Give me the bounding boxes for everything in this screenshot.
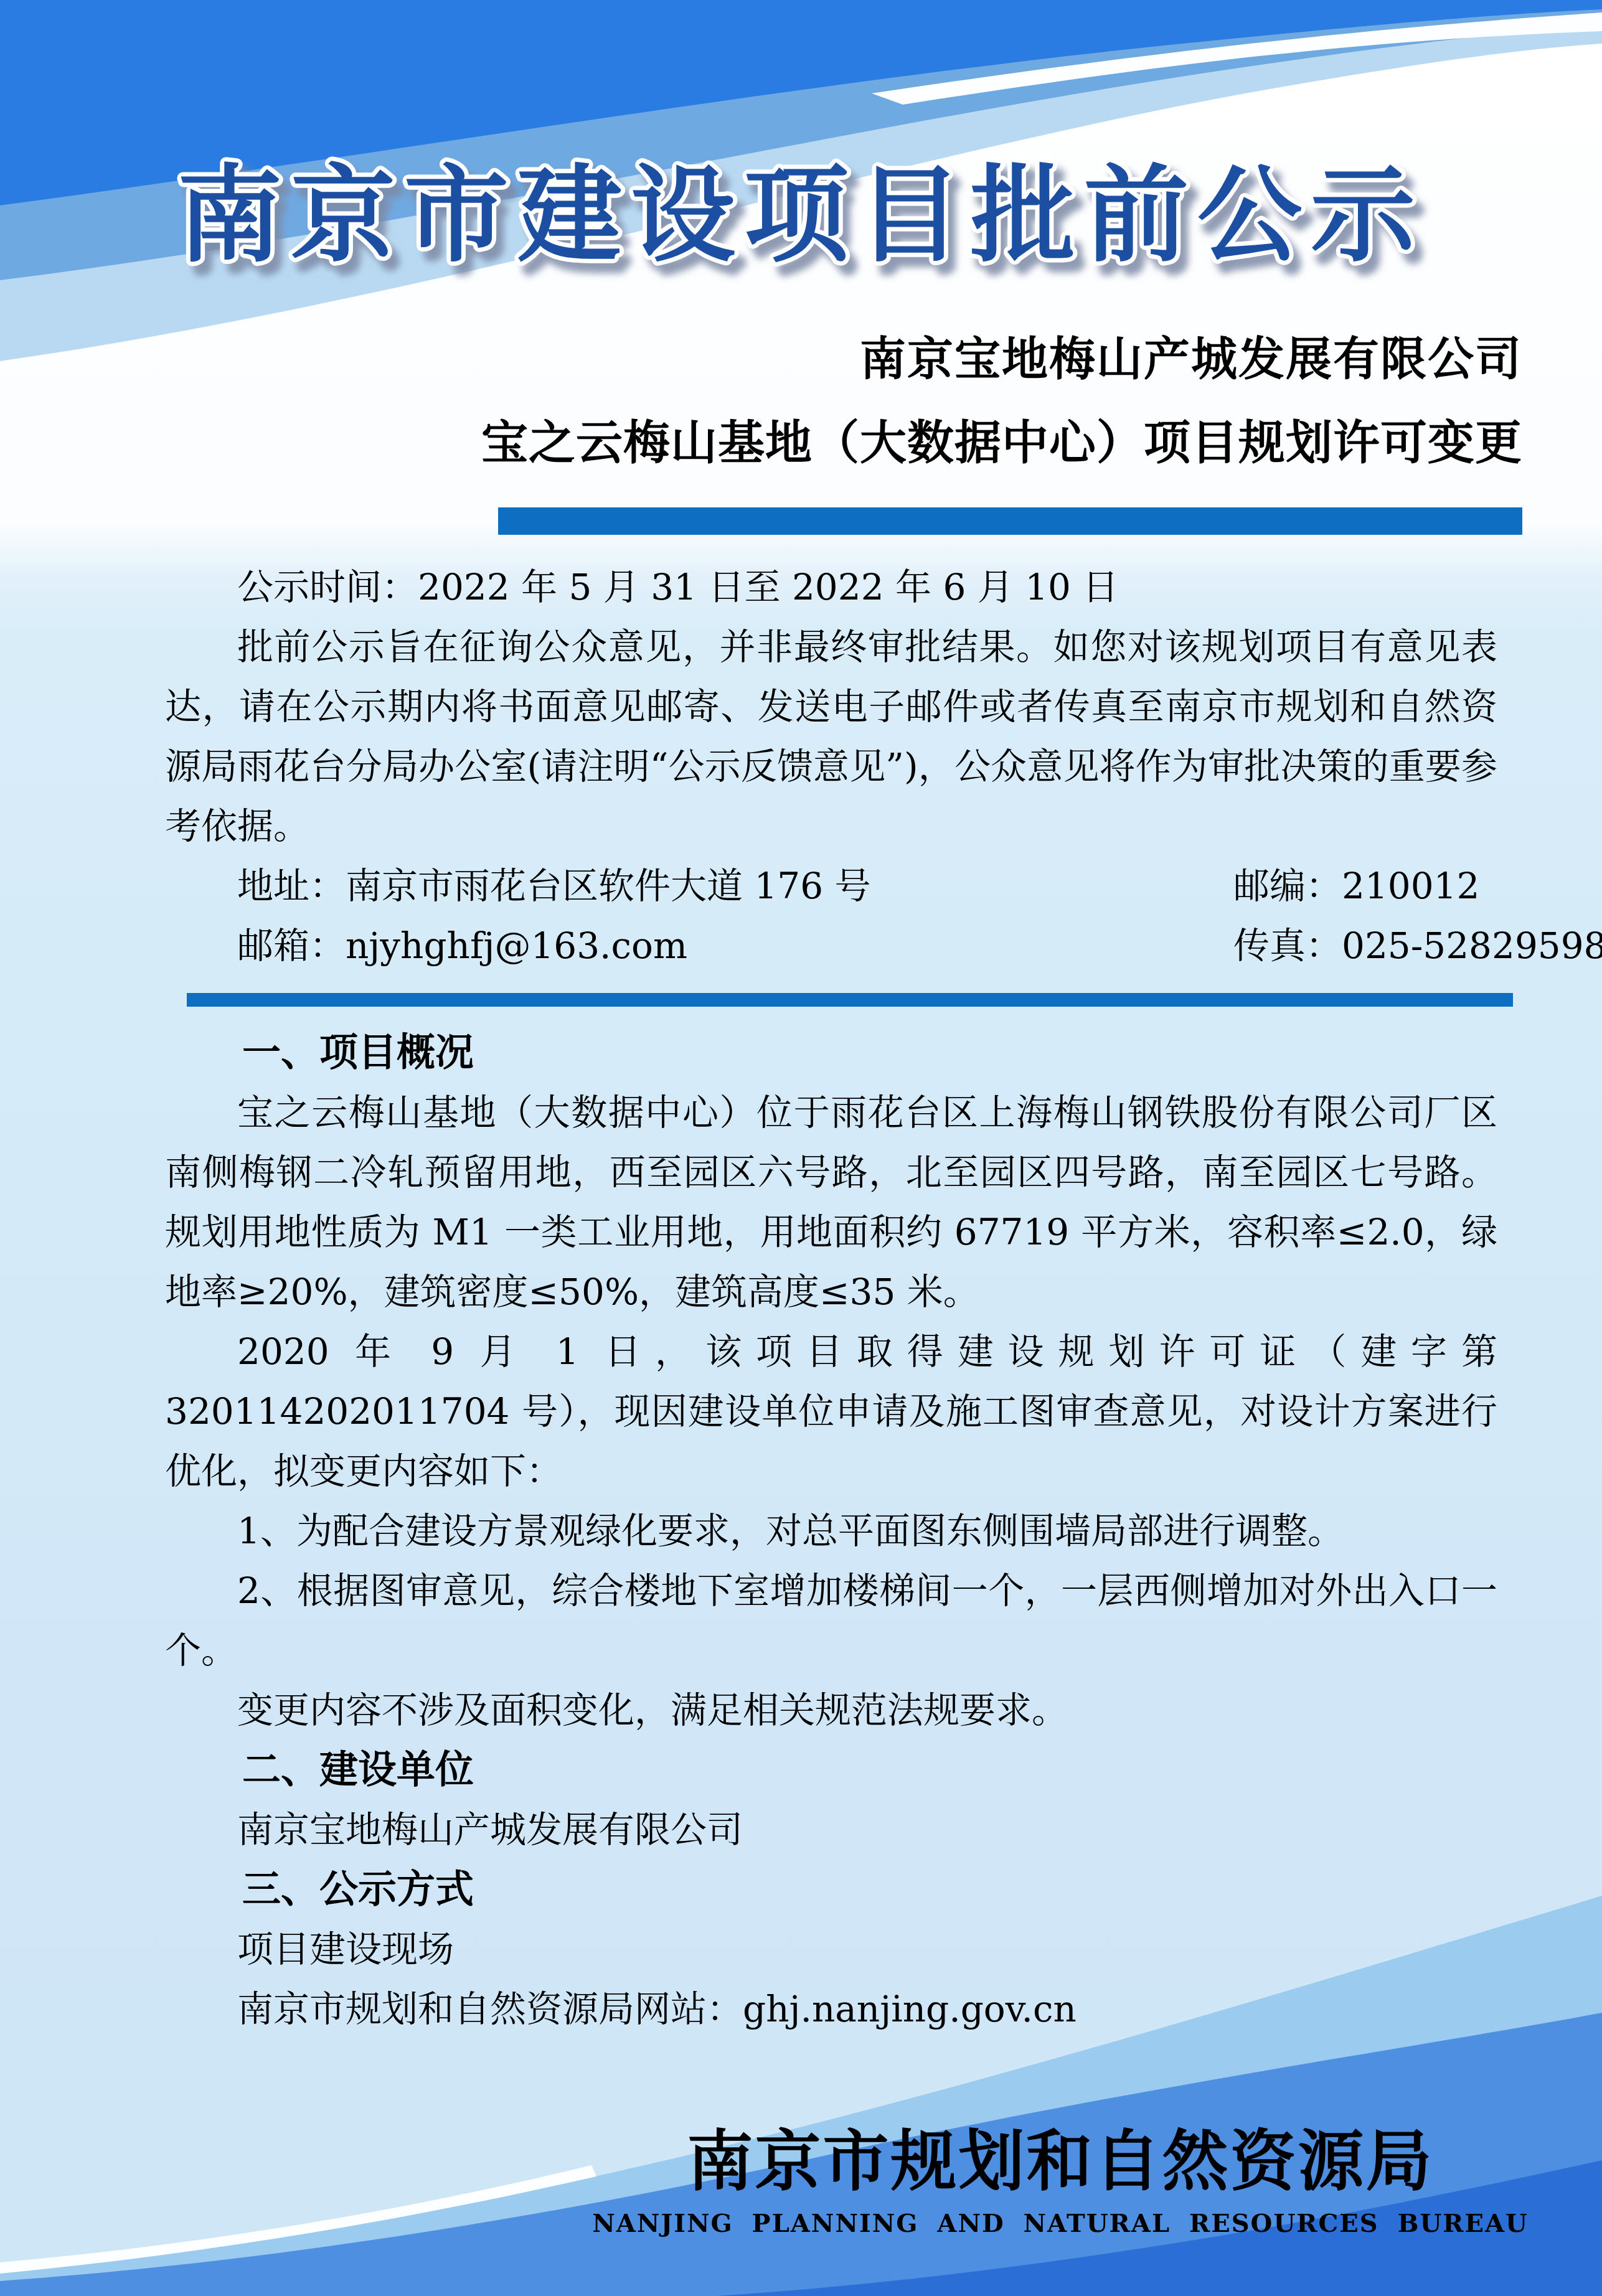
change-item-2: 2、根据图审意见，综合楼地下室增加楼梯间一个，一层西侧增加对外出入口一个。 [165,1561,1497,1680]
overview-paragraph-1: 宝之云梅山基地（大数据中心）位于雨花台区上海梅山钢铁股份有限公司厂区南侧梅钢二冷… [165,1083,1497,1322]
postcode-text: 邮编：210012 [1161,856,1479,916]
intro-paragraph: 批前公示旨在征询公众意见，并非最终审批结果。如您对该规划项目有意见表达，请在公示… [165,617,1497,856]
subheader-block: 南京宝地梅山产城发展有限公司 宝之云梅山基地（大数据中心）项目规划许可变更 [481,336,1522,535]
change-note: 变更内容不涉及面积变化，满足相关规范法规要求。 [165,1680,1497,1740]
section-overview-heading: 一、项目概况 [165,1023,1497,1083]
fax-text: 传真：025-52829598 [1161,916,1602,976]
company-name: 南京宝地梅山产城发展有限公司 [481,336,1522,382]
email-text: 邮箱：njyhghfj@163.com [237,925,687,967]
change-item-1: 1、为配合建设方景观绿化要求，对总平面图东侧围墙局部进行调整。 [165,1501,1497,1561]
contact-row: 邮箱：njyhghfj@163.com 传真：025-52829598 [165,916,1497,976]
project-subtitle: 宝之云梅山基地（大数据中心）项目规划许可变更 [481,420,1522,466]
address-text: 地址：南京市雨花台区软件大道 176 号 [237,865,871,907]
notice-poster: 南京市建设项目批前公示 南京宝地梅山产城发展有限公司 宝之云梅山基地（大数据中心… [0,0,1602,2296]
page-title: 南京市建设项目批前公示 [177,154,1424,276]
address-row: 地址：南京市雨花台区软件大道 176 号 邮编：210012 [165,856,1497,916]
footer-text-block: 南京市规划和自然资源局 NANJING PLANNING AND NATURAL… [592,2118,1529,2238]
publicity-period-line: 公示时间：2022 年 5 月 31 日至 2022 年 6 月 10 日 [165,557,1497,617]
bureau-name-en: NANJING PLANNING AND NATURAL RESOURCES B… [592,2209,1529,2238]
bureau-name-cn: 南京市规划和自然资源局 [592,2118,1529,2204]
overview-paragraph-2: 2020 年 9 月 1 日，该项目取得建设规划许可证（建字第 32011420… [165,1322,1497,1501]
section-divider-bar [187,993,1513,1007]
title-underline-bar [498,507,1522,535]
section-builder-heading: 二、建设单位 [165,1740,1497,1800]
